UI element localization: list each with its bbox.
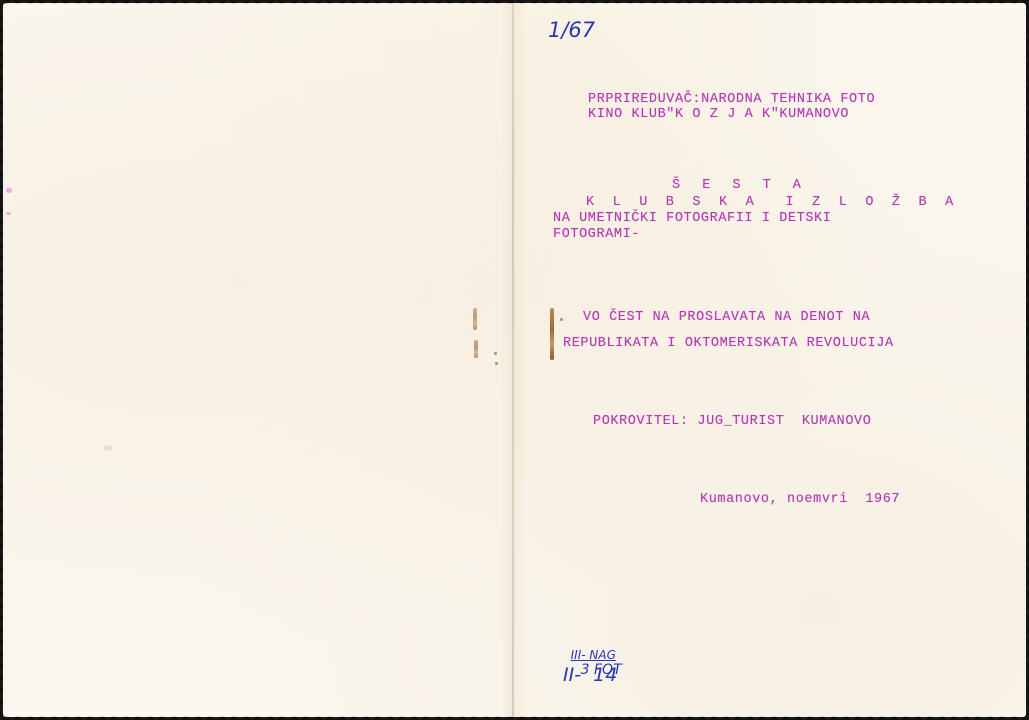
subtitle-line-1: NA UMETNIČKI FOTOGRAFII I DETSKI: [553, 212, 831, 226]
deckle-edge-top: [0, 0, 1029, 6]
title-line-2: K L U B S K A I Z L O Ž B A: [586, 196, 958, 210]
place-date-line: Kumanovo, noemvri 1967: [700, 493, 900, 507]
rust-spot: [494, 352, 497, 355]
left-page: [6, 6, 506, 714]
dedication-line-2: REPUBLIKATA I OKTOMERISKATA REVOLUCIJA: [563, 337, 894, 351]
dedication-line-1: VO ČEST NA PROSLAVATA NA DENOT NA: [583, 311, 870, 325]
center-fold: [512, 3, 514, 717]
deckle-edge-bottom: [0, 714, 1029, 720]
staple-left-lower: [474, 340, 478, 358]
organizer-line-1: PRPRIREDUVAČ:NARODNA TEHNIKA FOTO: [588, 93, 875, 107]
rust-spot: [495, 362, 498, 365]
title-line-1: Š E S T A: [672, 179, 808, 193]
ink-smudge: [6, 188, 12, 193]
staple-right: [550, 308, 554, 360]
ink-smudge: [6, 212, 11, 215]
deckle-edge-right: [1024, 0, 1029, 720]
staple-left: [473, 308, 477, 330]
ink-smudge: [103, 445, 113, 451]
rust-spot: [560, 318, 563, 321]
handwritten-note-2: II- 14: [563, 664, 617, 686]
deckle-edge-left: [0, 0, 5, 720]
handwritten-reference: 1/67: [548, 18, 595, 42]
handwritten-note-1-left: III- NAG: [571, 648, 616, 662]
subtitle-line-2: FOTOGRAMI-: [553, 228, 640, 242]
sponsor-line: POKROVITEL: JUG_TURIST KUMANOVO: [593, 415, 871, 429]
organizer-line-2: KINO KLUB"K O Z J A K"KUMANOVO: [588, 108, 849, 122]
